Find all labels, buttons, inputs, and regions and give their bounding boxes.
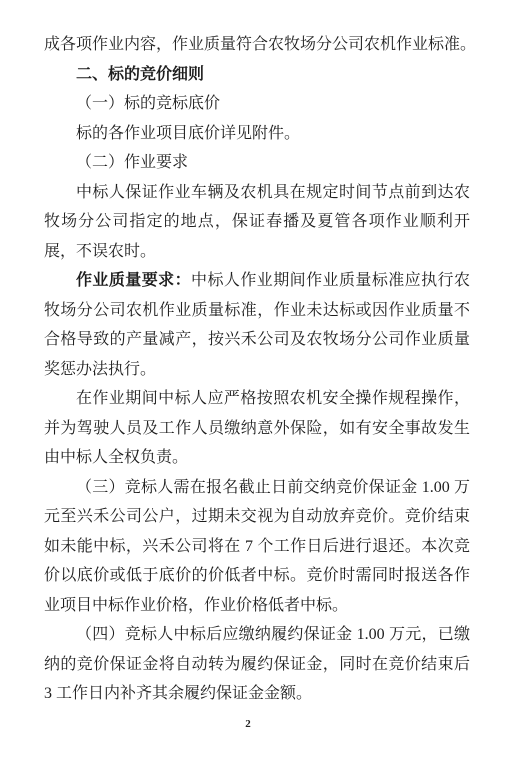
page-number: 2 [0,718,496,730]
clause-3-paragraph: （三）竞标人需在报名截止日前交纳竞价保证金 1.00 万元至兴禾公司公户，过期未… [44,473,470,621]
safety-requirements-paragraph: 在作业期间中标人应严格按照农机安全操作规程操作，并为驾驶人员及工作人员缴纳意外保… [44,384,470,473]
document-body: 成各项作业内容，作业质量符合农牧场分公司农机作业标准。 二、标的竞价细则 （一）… [44,30,470,709]
clause-2-title: （二）作业要求 [44,148,470,178]
document-page: 成各项作业内容，作业质量符合农牧场分公司农机作业标准。 二、标的竞价细则 （一）… [0,0,510,757]
quality-requirements-paragraph: 作业质量要求：中标人作业期间作业质量标准应执行农牧场分公司农机作业质量标准，作业… [44,266,470,384]
section-heading-bidding-rules: 二、标的竞价细则 [44,60,470,90]
clause-4-paragraph: （四）竞标人中标后应缴纳履约保证金 1.00 万元，已缴纳的竞价保证金将自动转为… [44,620,470,709]
clause-1-title: （一）标的竞标底价 [44,89,470,119]
continuation-text: 成各项作业内容，作业质量符合农牧场分公司农机作业标准。 [44,30,470,60]
quality-requirements-label: 作业质量要求： [76,272,191,289]
clause-2-body: 中标人保证作业车辆及农机具在规定时间节点前到达农牧场分公司指定的地点，保证春播及… [44,178,470,267]
clause-1-body: 标的各作业项目底价详见附件。 [44,119,470,149]
